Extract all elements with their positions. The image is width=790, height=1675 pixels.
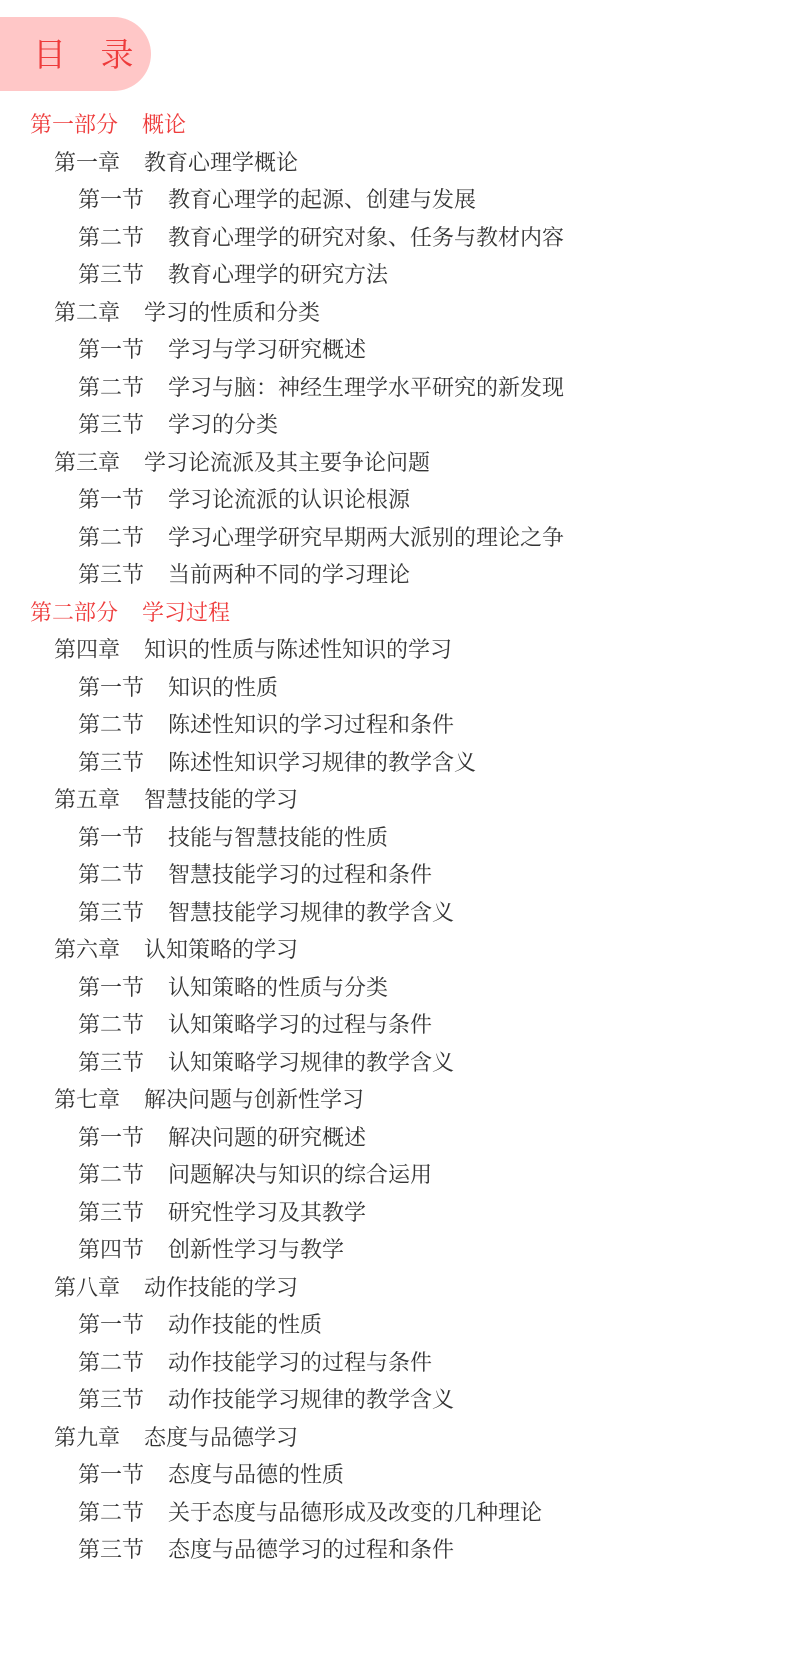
toc-item-number: 第四章	[54, 639, 120, 663]
toc-item-title: 智慧技能学习的过程和条件	[168, 864, 432, 888]
toc-item-number: 第一节	[78, 1314, 144, 1338]
toc-item-number: 第一节	[78, 339, 144, 363]
toc-item-title: 态度与品德学习	[144, 1427, 298, 1451]
toc-chapter-item[interactable]: 第四章知识的性质与陈述性知识的学习	[0, 639, 790, 677]
toc-item-number: 第九章	[54, 1427, 120, 1451]
toc-item-number: 第二部分	[30, 602, 118, 626]
toc-item-number: 第三节	[78, 1389, 144, 1413]
toc-item-title: 动作技能学习规律的教学含义	[168, 1389, 454, 1413]
toc-item-title: 动作技能的性质	[168, 1314, 322, 1338]
toc-item-title: 学习的分类	[168, 414, 278, 438]
toc-section-item[interactable]: 第三节智慧技能学习规律的教学含义	[0, 902, 790, 940]
toc-section-item[interactable]: 第一节教育心理学的起源、创建与发展	[0, 189, 790, 227]
toc-section-item[interactable]: 第三节态度与品德学习的过程和条件	[0, 1539, 790, 1577]
toc-item-title: 学习过程	[142, 602, 230, 626]
toc-chapter-item[interactable]: 第八章动作技能的学习	[0, 1277, 790, 1315]
toc-section-item[interactable]: 第三节研究性学习及其教学	[0, 1202, 790, 1240]
toc-item-title: 教育心理学概论	[144, 152, 298, 176]
toc-item-number: 第一节	[78, 1127, 144, 1151]
toc-item-title: 知识的性质与陈述性知识的学习	[144, 639, 452, 663]
toc-item-number: 第二节	[78, 527, 144, 551]
toc-item-title: 知识的性质	[168, 677, 278, 701]
toc-item-title: 学习论流派的认识论根源	[168, 489, 410, 513]
toc-item-title: 研究性学习及其教学	[168, 1202, 366, 1226]
toc-item-title: 教育心理学的起源、创建与发展	[168, 189, 476, 213]
toc-item-number: 第三节	[78, 414, 144, 438]
toc-part-item[interactable]: 第二部分学习过程	[0, 602, 790, 640]
toc-section-item[interactable]: 第一节知识的性质	[0, 677, 790, 715]
toc-item-number: 第二章	[54, 302, 120, 326]
toc-item-number: 第三章	[54, 452, 120, 476]
toc-section-item[interactable]: 第二节动作技能学习的过程与条件	[0, 1352, 790, 1390]
toc-item-title: 智慧技能的学习	[144, 789, 298, 813]
toc-item-title: 学习论流派及其主要争论问题	[144, 452, 430, 476]
toc-section-item[interactable]: 第一节解决问题的研究概述	[0, 1127, 790, 1165]
toc-section-item[interactable]: 第二节关于态度与品德形成及改变的几种理论	[0, 1502, 790, 1540]
toc-item-title: 认知策略的性质与分类	[168, 977, 388, 1001]
toc-section-item[interactable]: 第一节学习论流派的认识论根源	[0, 489, 790, 527]
toc-section-item[interactable]: 第三节教育心理学的研究方法	[0, 264, 790, 302]
toc-item-number: 第三节	[78, 902, 144, 926]
toc-section-item[interactable]: 第三节学习的分类	[0, 414, 790, 452]
toc-item-title: 陈述性知识学习规律的教学含义	[168, 752, 476, 776]
toc-item-title: 学习与学习研究概述	[168, 339, 366, 363]
toc-title: 目 录	[33, 38, 146, 71]
toc-item-number: 第一节	[78, 189, 144, 213]
toc-section-item[interactable]: 第一节技能与智慧技能的性质	[0, 827, 790, 865]
toc-item-title: 解决问题的研究概述	[168, 1127, 366, 1151]
toc-item-number: 第四节	[78, 1239, 144, 1263]
toc-item-title: 动作技能的学习	[144, 1277, 298, 1301]
toc-item-number: 第三节	[78, 264, 144, 288]
toc-section-item[interactable]: 第一节态度与品德的性质	[0, 1464, 790, 1502]
toc-item-title: 问题解决与知识的综合运用	[168, 1164, 432, 1188]
toc-item-title: 学习心理学研究早期两大派别的理论之争	[168, 527, 564, 551]
toc-item-number: 第一节	[78, 827, 144, 851]
toc-item-number: 第六章	[54, 939, 120, 963]
table-of-contents: 第一部分概论第一章教育心理学概论第一节教育心理学的起源、创建与发展第二节教育心理…	[0, 114, 790, 1577]
toc-section-item[interactable]: 第一节动作技能的性质	[0, 1314, 790, 1352]
toc-item-number: 第二节	[78, 227, 144, 251]
toc-item-title: 解决问题与创新性学习	[144, 1089, 364, 1113]
toc-section-item[interactable]: 第二节问题解决与知识的综合运用	[0, 1164, 790, 1202]
toc-item-number: 第三节	[78, 1539, 144, 1563]
toc-item-number: 第三节	[78, 564, 144, 588]
toc-item-number: 第三节	[78, 1052, 144, 1076]
toc-item-number: 第五章	[54, 789, 120, 813]
toc-item-number: 第二节	[78, 377, 144, 401]
toc-item-number: 第二节	[78, 1164, 144, 1188]
toc-item-number: 第一部分	[30, 114, 118, 138]
toc-item-number: 第二节	[78, 864, 144, 888]
toc-item-title: 陈述性知识的学习过程和条件	[168, 714, 454, 738]
toc-item-number: 第七章	[54, 1089, 120, 1113]
toc-chapter-item[interactable]: 第三章学习论流派及其主要争论问题	[0, 452, 790, 490]
toc-item-number: 第二节	[78, 1014, 144, 1038]
toc-item-number: 第八章	[54, 1277, 120, 1301]
toc-section-item[interactable]: 第三节陈述性知识学习规律的教学含义	[0, 752, 790, 790]
toc-chapter-item[interactable]: 第七章解决问题与创新性学习	[0, 1089, 790, 1127]
toc-section-item[interactable]: 第二节认知策略学习的过程与条件	[0, 1014, 790, 1052]
toc-item-number: 第二节	[78, 714, 144, 738]
toc-section-item[interactable]: 第四节创新性学习与教学	[0, 1239, 790, 1277]
toc-section-item[interactable]: 第二节智慧技能学习的过程和条件	[0, 864, 790, 902]
toc-item-title: 认知策略学习规律的教学含义	[168, 1052, 454, 1076]
toc-chapter-item[interactable]: 第九章态度与品德学习	[0, 1427, 790, 1465]
toc-item-number: 第一节	[78, 1464, 144, 1488]
toc-item-number: 第一章	[54, 152, 120, 176]
toc-part-item[interactable]: 第一部分概论	[0, 114, 790, 152]
toc-item-title: 认知策略学习的过程与条件	[168, 1014, 432, 1038]
toc-item-title: 教育心理学的研究方法	[168, 264, 388, 288]
toc-section-item[interactable]: 第二节教育心理学的研究对象、任务与教材内容	[0, 227, 790, 265]
toc-header-pill: 目 录	[0, 17, 151, 91]
toc-item-title: 当前两种不同的学习理论	[168, 564, 410, 588]
toc-item-title: 概论	[142, 114, 186, 138]
toc-item-title: 态度与品德学习的过程和条件	[168, 1539, 454, 1563]
toc-section-item[interactable]: 第一节认知策略的性质与分类	[0, 977, 790, 1015]
toc-item-number: 第三节	[78, 752, 144, 776]
toc-item-number: 第一节	[78, 489, 144, 513]
toc-item-title: 态度与品德的性质	[168, 1464, 344, 1488]
toc-chapter-item[interactable]: 第二章学习的性质和分类	[0, 302, 790, 340]
toc-item-number: 第二节	[78, 1502, 144, 1526]
toc-section-item[interactable]: 第二节学习与脑：神经生理学水平研究的新发现	[0, 377, 790, 415]
toc-item-title: 智慧技能学习规律的教学含义	[168, 902, 454, 926]
toc-item-number: 第一节	[78, 977, 144, 1001]
toc-section-item[interactable]: 第三节动作技能学习规律的教学含义	[0, 1389, 790, 1427]
toc-item-title: 教育心理学的研究对象、任务与教材内容	[168, 227, 564, 251]
toc-section-item[interactable]: 第三节当前两种不同的学习理论	[0, 564, 790, 602]
toc-section-item[interactable]: 第二节陈述性知识的学习过程和条件	[0, 714, 790, 752]
toc-item-title: 关于态度与品德形成及改变的几种理论	[168, 1502, 542, 1526]
toc-chapter-item[interactable]: 第五章智慧技能的学习	[0, 789, 790, 827]
toc-item-number: 第三节	[78, 1202, 144, 1226]
toc-item-title: 技能与智慧技能的性质	[168, 827, 388, 851]
toc-section-item[interactable]: 第三节认知策略学习规律的教学含义	[0, 1052, 790, 1090]
toc-item-title: 认知策略的学习	[144, 939, 298, 963]
toc-item-number: 第二节	[78, 1352, 144, 1376]
toc-chapter-item[interactable]: 第一章教育心理学概论	[0, 152, 790, 190]
toc-item-title: 创新性学习与教学	[168, 1239, 344, 1263]
toc-section-item[interactable]: 第一节学习与学习研究概述	[0, 339, 790, 377]
toc-section-item[interactable]: 第二节学习心理学研究早期两大派别的理论之争	[0, 527, 790, 565]
toc-item-title: 学习与脑：神经生理学水平研究的新发现	[168, 377, 564, 401]
toc-chapter-item[interactable]: 第六章认知策略的学习	[0, 939, 790, 977]
toc-item-title: 动作技能学习的过程与条件	[168, 1352, 432, 1376]
toc-item-title: 学习的性质和分类	[144, 302, 320, 326]
toc-item-number: 第一节	[78, 677, 144, 701]
